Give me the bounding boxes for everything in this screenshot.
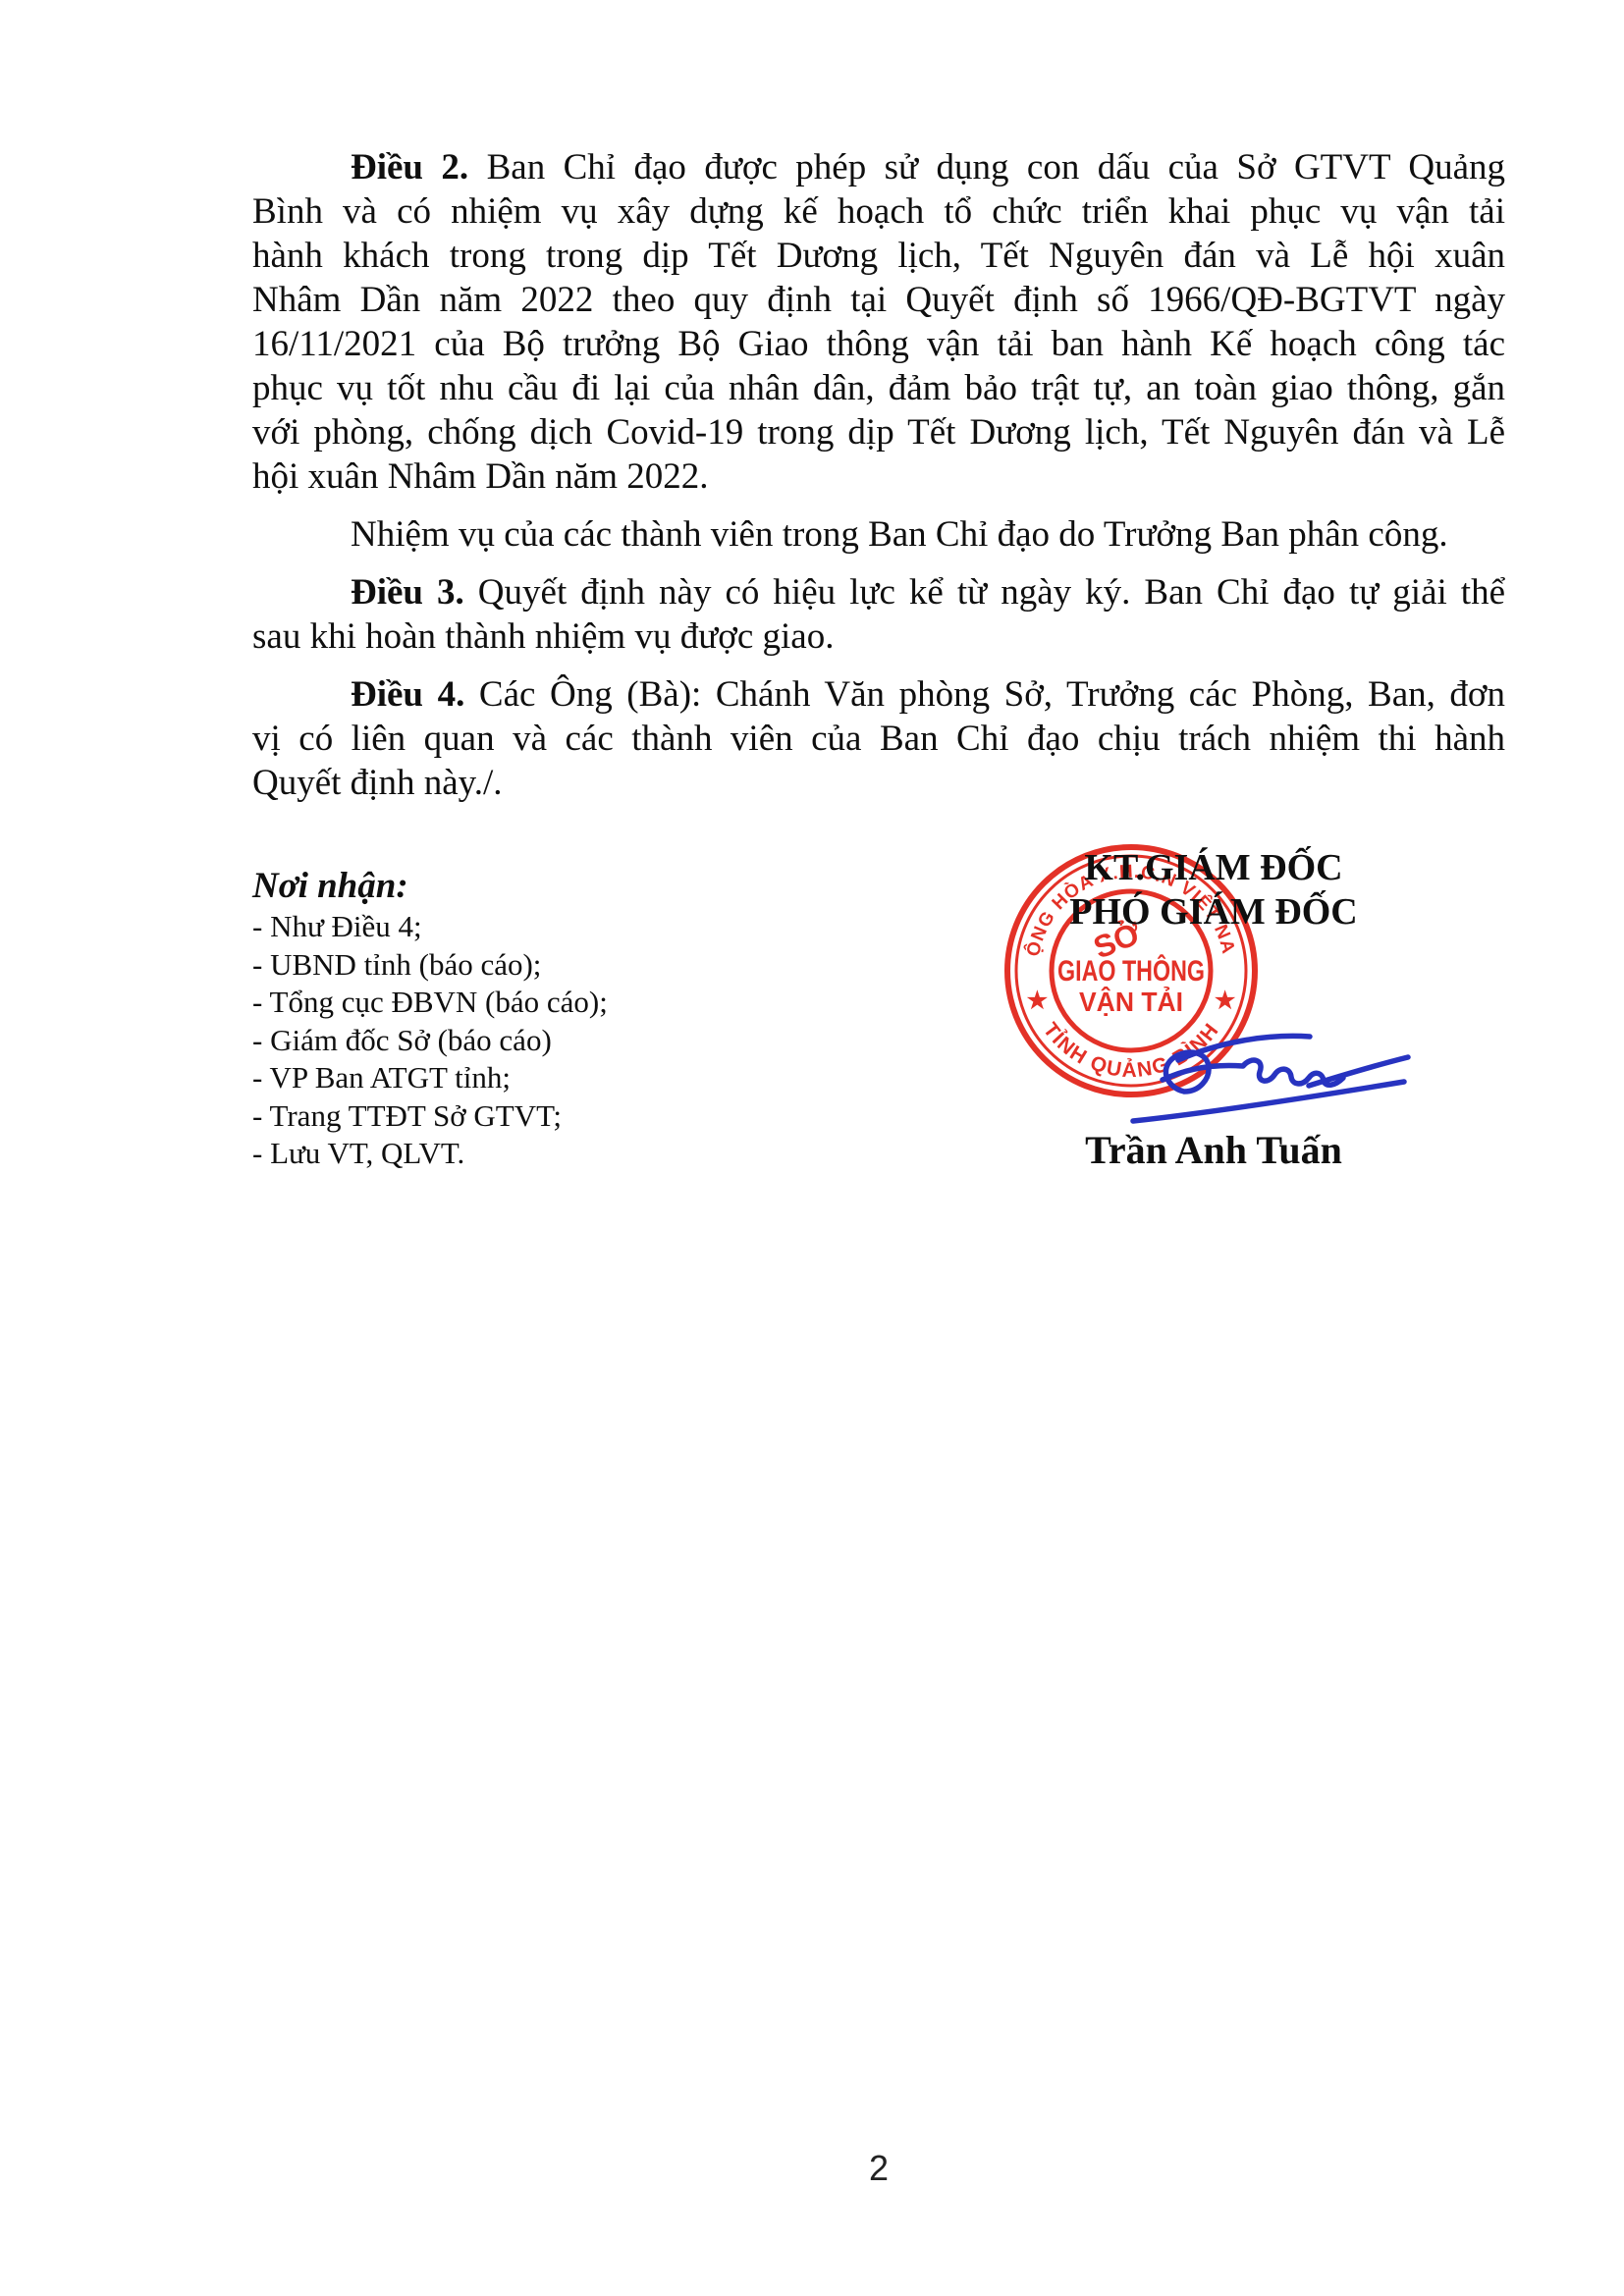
paragraph-line: Nhâm Dần năm 2022 theo quy định tại Quyế… (252, 278, 1505, 322)
article-3-label: Điều 3. (351, 572, 464, 613)
recipient-item: - Như Điều 4; (252, 908, 802, 946)
paragraph-line: Quyết định này./. (252, 761, 1505, 805)
article-4-label: Điều 4. (351, 674, 464, 715)
recipients-heading: Nơi nhận: (252, 864, 802, 908)
stamp-agency-name-line1: GIAO THÔNG (1057, 954, 1205, 988)
paragraph-line: Bình và có nhiệm vụ xây dựng kế hoạch tổ… (252, 189, 1505, 234)
paragraph-line: Điều 4. Các Ông (Bà): Chánh Văn phòng Sở… (252, 672, 1505, 717)
recipient-item: - VP Ban ATGT tỉnh; (252, 1059, 802, 1097)
paragraph-line: Điều 3. Quyết định này có hiệu lực kể từ… (252, 570, 1505, 614)
article-3-paragraph: Điều 3. Quyết định này có hiệu lực kể từ… (252, 570, 1505, 659)
signature-top-flourish (1178, 1036, 1310, 1060)
stamp-agency-name-line2: VẬN TẢI (1079, 986, 1183, 1017)
page-number: 2 (830, 2148, 928, 2189)
paragraph-line: Điều 2. Ban Chỉ đạo được phép sử dụng co… (252, 145, 1505, 189)
paragraph-line: sau khi hoàn thành nhiệm vụ được giao. (252, 614, 1505, 659)
paragraph-line: hành khách trong trong dịp Tết Dương lịc… (252, 234, 1505, 278)
paragraph-line: với phòng, chống dịch Covid-19 trong dịp… (252, 410, 1505, 454)
signer-name: Trần Anh Tuấn (1017, 1127, 1410, 1173)
recipient-item: - Giám đốc Sở (báo cáo) (252, 1022, 802, 1060)
signer-title-block: KT.GIÁM ĐỐC PHÓ GIÁM ĐỐC (1017, 846, 1410, 934)
paragraph-line: vị có liên quan và các thành viên của Ba… (252, 717, 1505, 761)
article-2-paragraph: Điều 2. Ban Chỉ đạo được phép sử dụng co… (252, 145, 1505, 499)
recipient-item: - Lưu VT, QLVT. (252, 1135, 802, 1173)
signature-ink (1119, 1017, 1424, 1140)
star-icon: ★ (1215, 988, 1236, 1014)
paragraph-line: 16/11/2021 của Bộ trưởng Bộ Giao thông v… (252, 322, 1505, 366)
duty-assignment-paragraph: Nhiệm vụ của các thành viên trong Ban Ch… (252, 512, 1505, 557)
star-icon: ★ (1027, 988, 1049, 1014)
paragraph-text: Quyết định này có hiệu lực kể từ ngày ký… (464, 572, 1505, 613)
document-page: Điều 2. Ban Chỉ đạo được phép sử dụng co… (0, 0, 1624, 2296)
paragraph-line: Nhiệm vụ của các thành viên trong Ban Ch… (252, 512, 1505, 557)
recipients-block: Nơi nhận: - Như Điều 4; - UBND tỉnh (báo… (252, 864, 802, 1173)
recipient-item: - UBND tỉnh (báo cáo); (252, 946, 802, 985)
recipient-item: - Tổng cục ĐBVN (báo cáo); (252, 984, 802, 1022)
signer-title-line2: PHÓ GIÁM ĐỐC (1017, 890, 1410, 934)
paragraph-text: Các Ông (Bà): Chánh Văn phòng Sở, Trưởng… (464, 674, 1505, 715)
document-body: Điều 2. Ban Chỉ đạo được phép sử dụng co… (252, 145, 1505, 819)
recipient-item: - Trang TTĐT Sở GTVT; (252, 1097, 802, 1136)
article-2-label: Điều 2. (351, 147, 468, 187)
signer-title-line1: KT.GIÁM ĐỐC (1017, 846, 1410, 890)
paragraph-text: Ban Chỉ đạo được phép sử dụng con dấu củ… (468, 147, 1505, 187)
article-4-paragraph: Điều 4. Các Ông (Bà): Chánh Văn phòng Sở… (252, 672, 1505, 805)
paragraph-line: hội xuân Nhâm Dần năm 2022. (252, 454, 1505, 499)
paragraph-line: phục vụ tốt nhu cầu đi lại của nhân dân,… (252, 366, 1505, 410)
